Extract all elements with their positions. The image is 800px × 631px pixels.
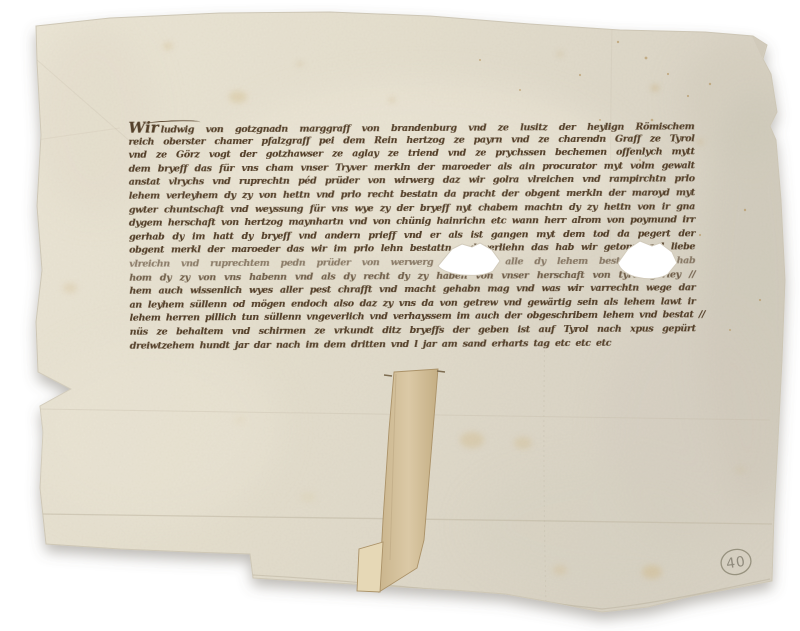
seal-tag-strip (379, 369, 438, 592)
seal-tag-crease (390, 374, 396, 560)
initial-word: Wir (128, 119, 160, 137)
corner-fold (752, 36, 766, 58)
seal-tag-slit-marks (384, 371, 445, 376)
seal-tag-flap (357, 542, 383, 592)
manuscript-line: dreiwtzehem hundt jar dar nach im dem dr… (130, 336, 696, 353)
archival-number-mark: 40 (719, 547, 754, 578)
manuscript-text-block: Wirludwig von gotzgnadn marggraff von br… (128, 118, 695, 353)
archival-number-circle (719, 547, 754, 578)
manuscript-photo: 40 Wirludwig von gotzgnadn marggraff von… (0, 0, 800, 631)
archival-number: 40 (725, 554, 747, 573)
seal-tag (357, 369, 445, 592)
